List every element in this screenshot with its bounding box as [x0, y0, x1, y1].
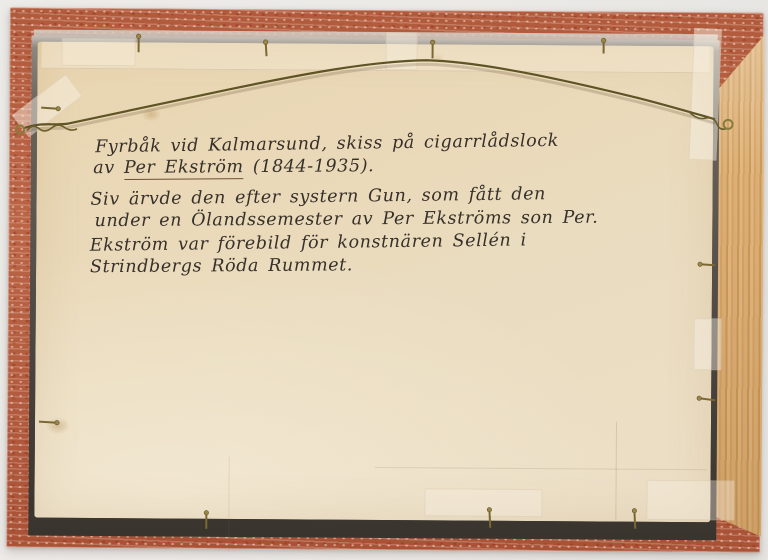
handwritten-inscription: Fyrbåk vid Kalmarsund, skiss på cigarrlå…	[95, 130, 696, 279]
tape-strip-top	[41, 42, 709, 74]
artist-name-underlined: Per Ekström	[124, 157, 244, 180]
tape-strip-right-middle	[693, 318, 721, 370]
picture-frame-back: Fyrbåk vid Kalmarsund, skiss på cigarrlå…	[6, 7, 764, 552]
tape-strip-top-left	[61, 38, 135, 67]
photo-background: Fyrbåk vid Kalmarsund, skiss på cigarrlå…	[0, 0, 768, 560]
paper-crease	[375, 467, 707, 470]
frame-natural-wood-bevel	[714, 12, 765, 552]
paper-stain	[137, 104, 165, 124]
tape-strip-top-center	[385, 32, 417, 70]
paper-stain	[41, 414, 75, 438]
tape-strip-top-right	[689, 28, 723, 161]
inscription-line-2-prefix: av	[93, 158, 124, 178]
tape-strip-bottom	[424, 488, 542, 517]
tape-strip-bottom-right	[646, 480, 734, 521]
paper-crease	[615, 422, 617, 520]
inscription-line-2-suffix: (1844-1935).	[244, 156, 375, 177]
backing-paper: Fyrbåk vid Kalmarsund, skiss på cigarrlå…	[34, 42, 713, 523]
